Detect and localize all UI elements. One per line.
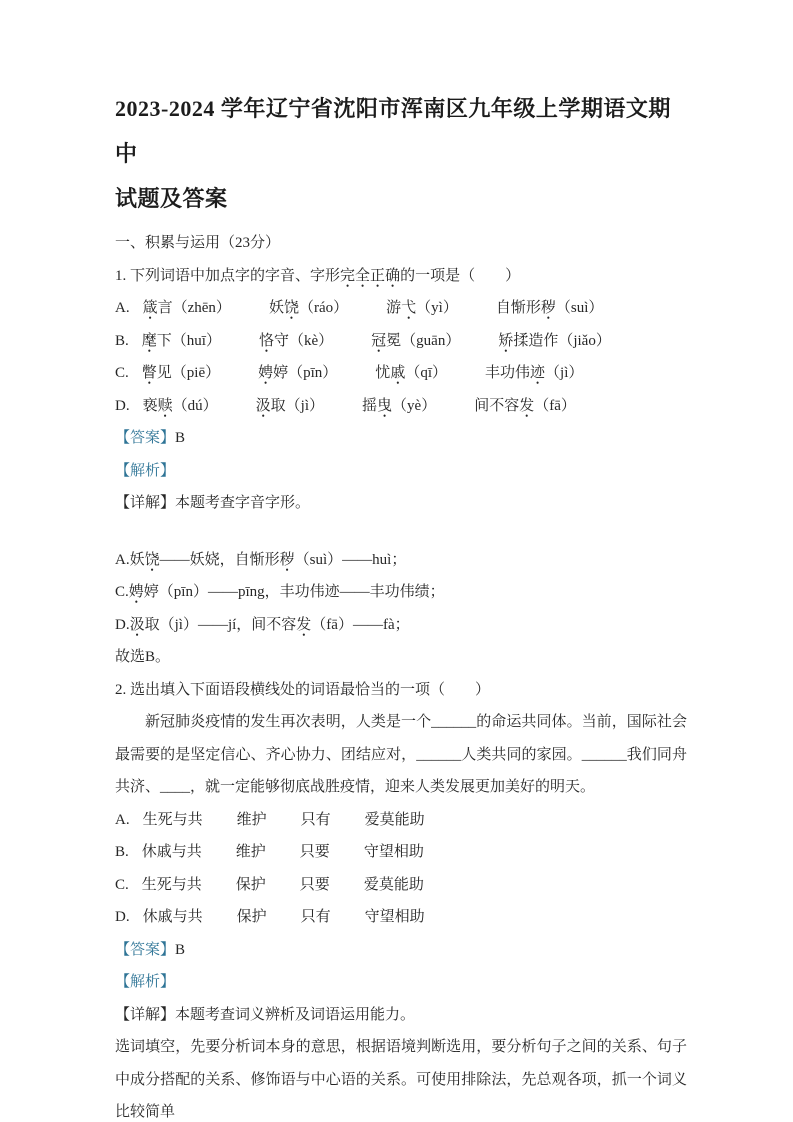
q1-analysis-tag: 【解析】 [115,455,687,488]
q1-answer-line: 【答案】B [115,422,687,455]
text-segment: 维护 [236,844,266,860]
option-label: D. [115,390,130,423]
text-segment: 只有 [301,909,331,925]
text-segment: 丰功伟 [485,365,530,381]
text-segment: 冠 [371,333,386,349]
option-term: 自惭形秽（suì） [496,292,604,325]
text-segment: 亵 [143,398,158,414]
text-segment: 麾 [142,333,157,349]
option-term: 恪守（kè） [259,325,333,358]
text-segment: 爱莫能助 [365,812,425,828]
text-segment: 保护 [237,909,267,925]
option-row: C.瞥见（piē）娉婷（pīn）忧戚（qī）丰功伟迹（jì） [115,357,687,390]
option-term: 娉婷（pīn） [258,357,337,390]
emphasized-char: 弋 [401,300,416,316]
emphasized-char: 冠 [371,333,386,349]
blank-line [115,520,687,544]
text-segment: 恪 [259,333,274,349]
question-1-stem: 1. 下列词语中加点字的字音、字形完全正确的一项是（ ） [115,260,687,293]
text-segment: （qī） [405,365,447,381]
text-segment: 选词填空，先要分析词本身的意思，根据语境判断选用，要分析句子之间的关系、句子中成… [115,1039,687,1120]
option-term: 只有 [301,804,331,837]
option-row: B.麾下（huī）恪守（kè）冠冕（guān）矫揉造作（jiǎo） [115,325,687,358]
text-segment: （suì）——huì； [295,552,407,568]
text-segment: 婷（pīn）——pīng，丰功伟迹——丰功伟绩； [144,584,445,600]
option-term: 只要 [300,869,330,902]
text-segment: ——妖娆，自惭形 [160,552,280,568]
option-term: 只有 [301,901,331,934]
option-row: D.休戚与共保护只有守望相助 [115,901,687,934]
text-segment: 饶 [284,300,299,316]
emphasized-char: 发 [296,617,311,633]
option-row: C.生死与共保护只要爱莫能助 [115,869,687,902]
q1-detail-line: 【详解】本题考查字音字形。 [115,487,687,520]
option-term: 保护 [237,901,267,934]
text-segment: 生死与共 [142,877,202,893]
title-line: 2023-2024 学年辽宁省沈阳市浑南区九年级上学期语文期中 [115,86,687,176]
option-label: D. [115,901,130,934]
text-segment: B [175,430,185,446]
text-segment: 保护 [236,877,266,893]
text-segment: 娉 [129,584,144,600]
option-term: 游弋（yì） [386,292,458,325]
option-term: 休戚与共 [143,901,203,934]
option-term: 亵赎（dú） [143,390,218,423]
text-segment: 只有 [301,812,331,828]
option-label: A. [115,804,130,837]
text-segment: 箴 [143,300,158,316]
emphasized-char: 箴 [143,300,158,316]
text-segment: 完全正确 [340,268,400,284]
text-segment: 秽 [541,300,556,316]
emphasized-char: 瞥 [142,365,157,381]
document-body: 2023-2024 学年辽宁省沈阳市浑南区九年级上学期语文期中试题及答案一、积累… [115,86,687,1122]
text-segment: （jì） [545,365,583,381]
option-term: 守望相助 [365,901,425,934]
text-segment: （fā） [534,398,576,414]
option-term: 爱莫能助 [364,869,424,902]
emphasized-char: 麾 [142,333,157,349]
text-segment: 饶 [145,552,160,568]
question-2-stem: 2. 选出填入下面语段横线处的词语最恰当的一项（ ） [115,674,687,707]
option-row: D.亵赎（dú）汲取（jì）摇曳（yè）间不容发（fā） [115,390,687,423]
q1-explanation-c: C.娉婷（pīn）——pīng，丰功伟迹——丰功伟绩； [115,576,687,609]
option-term: 生死与共 [142,869,202,902]
option-row: A.箴言（zhēn）妖饶（ráo）游弋（yì）自惭形秽（suì） [115,292,687,325]
text-segment: 摇 [362,398,377,414]
text-segment: （dú） [173,398,218,414]
text-segment: 见（piē） [157,365,220,381]
option-term: 间不容发（fā） [474,390,576,423]
emphasized-char: 秽 [541,300,556,316]
q1-explanation-a: A.妖饶——妖娆，自惭形秽（suì）——huì； [115,544,687,577]
q1-conclusion: 故选B。 [115,641,687,674]
text-segment: 汲 [256,398,271,414]
emphasized-char: 汲 [256,398,271,414]
option-term: 汲取（jì） [256,390,324,423]
text-segment: 爱莫能助 [364,877,424,893]
text-segment: 取（jì） [271,398,324,414]
emphasized-char: 完 [340,268,355,284]
text-segment: 守望相助 [364,844,424,860]
text-segment: 矫 [498,333,513,349]
emphasized-char: 秽 [280,552,295,568]
option-row: A.生死与共维护只有爱莫能助 [115,804,687,837]
option-term: 丰功伟迹（jì） [485,357,583,390]
option-term: 摇曳（yè） [362,390,436,423]
text-segment: 一、积累与运用（23分） [115,235,280,251]
option-term: 冠冕（guān） [371,325,460,358]
option-term: 保护 [236,869,266,902]
text-segment: （ráo） [299,300,348,316]
text-segment: 发 [519,398,534,414]
emphasized-char: 娉 [129,584,144,600]
text-segment: 取（jì）——jí，间不容 [145,617,297,633]
option-label: A. [115,292,130,325]
emphasized-char: 饶 [284,300,299,316]
text-segment: 游 [386,300,401,316]
text-segment: 曳 [377,398,392,414]
option-label: C. [115,869,129,902]
option-term: 箴言（zhēn） [143,292,231,325]
text-segment: 守（kè） [274,333,333,349]
emphasized-char: 正 [370,268,385,284]
option-term: 休戚与共 [142,836,202,869]
text-segment: 休戚与共 [143,909,203,925]
text-segment: 妖 [269,300,284,316]
q1-explanation-d: D.汲取（jì）——jí，间不容发（fā）——fà； [115,609,687,642]
text-segment: 生死与共 [143,812,203,828]
text-segment: （fā）——fà； [311,617,409,633]
text-segment: 守望相助 [365,909,425,925]
tag-label: 【解析】 [115,974,175,990]
emphasized-char: 发 [519,398,534,414]
text-segment: 自惭形 [496,300,541,316]
q2-explanation: 选词填空，先要分析词本身的意思，根据语境判断选用，要分析句子之间的关系、句子中成… [115,1031,687,1122]
text-segment: 瞥 [142,365,157,381]
text-segment: 赎 [158,398,173,414]
text-segment: 迹 [530,365,545,381]
option-label: B. [115,325,129,358]
emphasized-char: 确 [385,268,400,284]
section-1-heading: 一、积累与运用（23分） [115,227,687,260]
text-segment: D. [115,617,130,633]
emphasized-char: 汲 [130,617,145,633]
tag-label: 【答案】 [115,430,175,446]
option-term: 矫揉造作（jiǎo） [498,325,611,358]
option-term: 维护 [237,804,267,837]
option-row: B.休戚与共维护只要守望相助 [115,836,687,869]
text-segment: 1. 下列词语中加点字的字音、字形 [115,268,340,284]
option-label: C. [115,357,129,390]
text-segment: C. [115,584,129,600]
text-segment: 【详解】本题考查词义辨析及词语运用能力。 [115,1007,415,1023]
emphasized-char: 迹 [530,365,545,381]
text-segment: （suì） [556,300,604,316]
q2-detail-line: 【详解】本题考查词义辨析及词语运用能力。 [115,999,687,1032]
text-segment: 维护 [237,812,267,828]
text-segment: 揉造作（jiǎo） [513,333,611,349]
text-segment: 的一项是（ ） [400,268,520,284]
emphasized-char: 赎 [158,398,173,414]
option-term: 只要 [300,836,330,869]
option-term: 瞥见（piē） [142,357,220,390]
text-segment: 弋 [401,300,416,316]
text-segment: 冕（guān） [386,333,460,349]
page: 2023-2024 学年辽宁省沈阳市浑南区九年级上学期语文期中试题及答案一、积累… [0,0,793,1122]
text-segment: 秽 [280,552,295,568]
option-label: B. [115,836,129,869]
emphasized-char: 恪 [259,333,274,349]
text-segment: A.妖 [115,552,145,568]
option-term: 生死与共 [143,804,203,837]
option-term: 守望相助 [364,836,424,869]
option-term: 麾下（huī） [142,325,221,358]
text-segment: 只要 [300,844,330,860]
emphasized-char: 曳 [377,398,392,414]
text-segment: 只要 [300,877,330,893]
text-segment: 【详解】本题考查字音字形。 [115,495,310,511]
text-segment: 发 [296,617,311,633]
text-segment: （yì） [416,300,458,316]
q2-analysis-tag: 【解析】 [115,966,687,999]
text-segment: 故选B。 [115,649,170,665]
document-title: 2023-2024 学年辽宁省沈阳市浑南区九年级上学期语文期中试题及答案 [115,86,687,221]
emphasized-char: 矫 [498,333,513,349]
tag-label: 【解析】 [115,463,175,479]
text-segment: 婷（pīn） [273,365,337,381]
text-segment: 戚 [390,365,405,381]
emphasized-char: 戚 [390,365,405,381]
emphasized-char: 全 [355,268,370,284]
title-line: 试题及答案 [115,176,687,221]
question-1-options: A.箴言（zhēn）妖饶（ráo）游弋（yì）自惭形秽（suì）B.麾下（huī… [115,292,687,422]
option-term: 妖饶（ráo） [269,292,348,325]
emphasized-char: 娉 [258,365,273,381]
text-segment: 新冠肺炎疫情的发生再次表明，人类是一个______的命运共同体。当前，国际社会最… [115,714,687,795]
q2-answer-line: 【答案】B [115,934,687,967]
emphasized-char: 饶 [145,552,160,568]
text-segment: B [175,942,185,958]
text-segment: 休戚与共 [142,844,202,860]
text-segment: 娉 [258,365,273,381]
text-segment: 言（zhēn） [158,300,231,316]
option-term: 维护 [236,836,266,869]
tag-label: 【答案】 [115,942,175,958]
text-segment: 忧 [375,365,390,381]
text-segment: 汲 [130,617,145,633]
text-segment: 2. 选出填入下面语段横线处的词语最恰当的一项（ ） [115,682,490,698]
question-2-options: A.生死与共维护只有爱莫能助B.休戚与共维护只要守望相助C.生死与共保护只要爱莫… [115,804,687,934]
option-term: 爱莫能助 [365,804,425,837]
option-term: 忧戚（qī） [375,357,447,390]
text-segment: （yè） [392,398,436,414]
text-segment: 间不容 [474,398,519,414]
question-2-passage: 新冠肺炎疫情的发生再次表明，人类是一个______的命运共同体。当前，国际社会最… [115,706,687,804]
text-segment: 下（huī） [157,333,221,349]
